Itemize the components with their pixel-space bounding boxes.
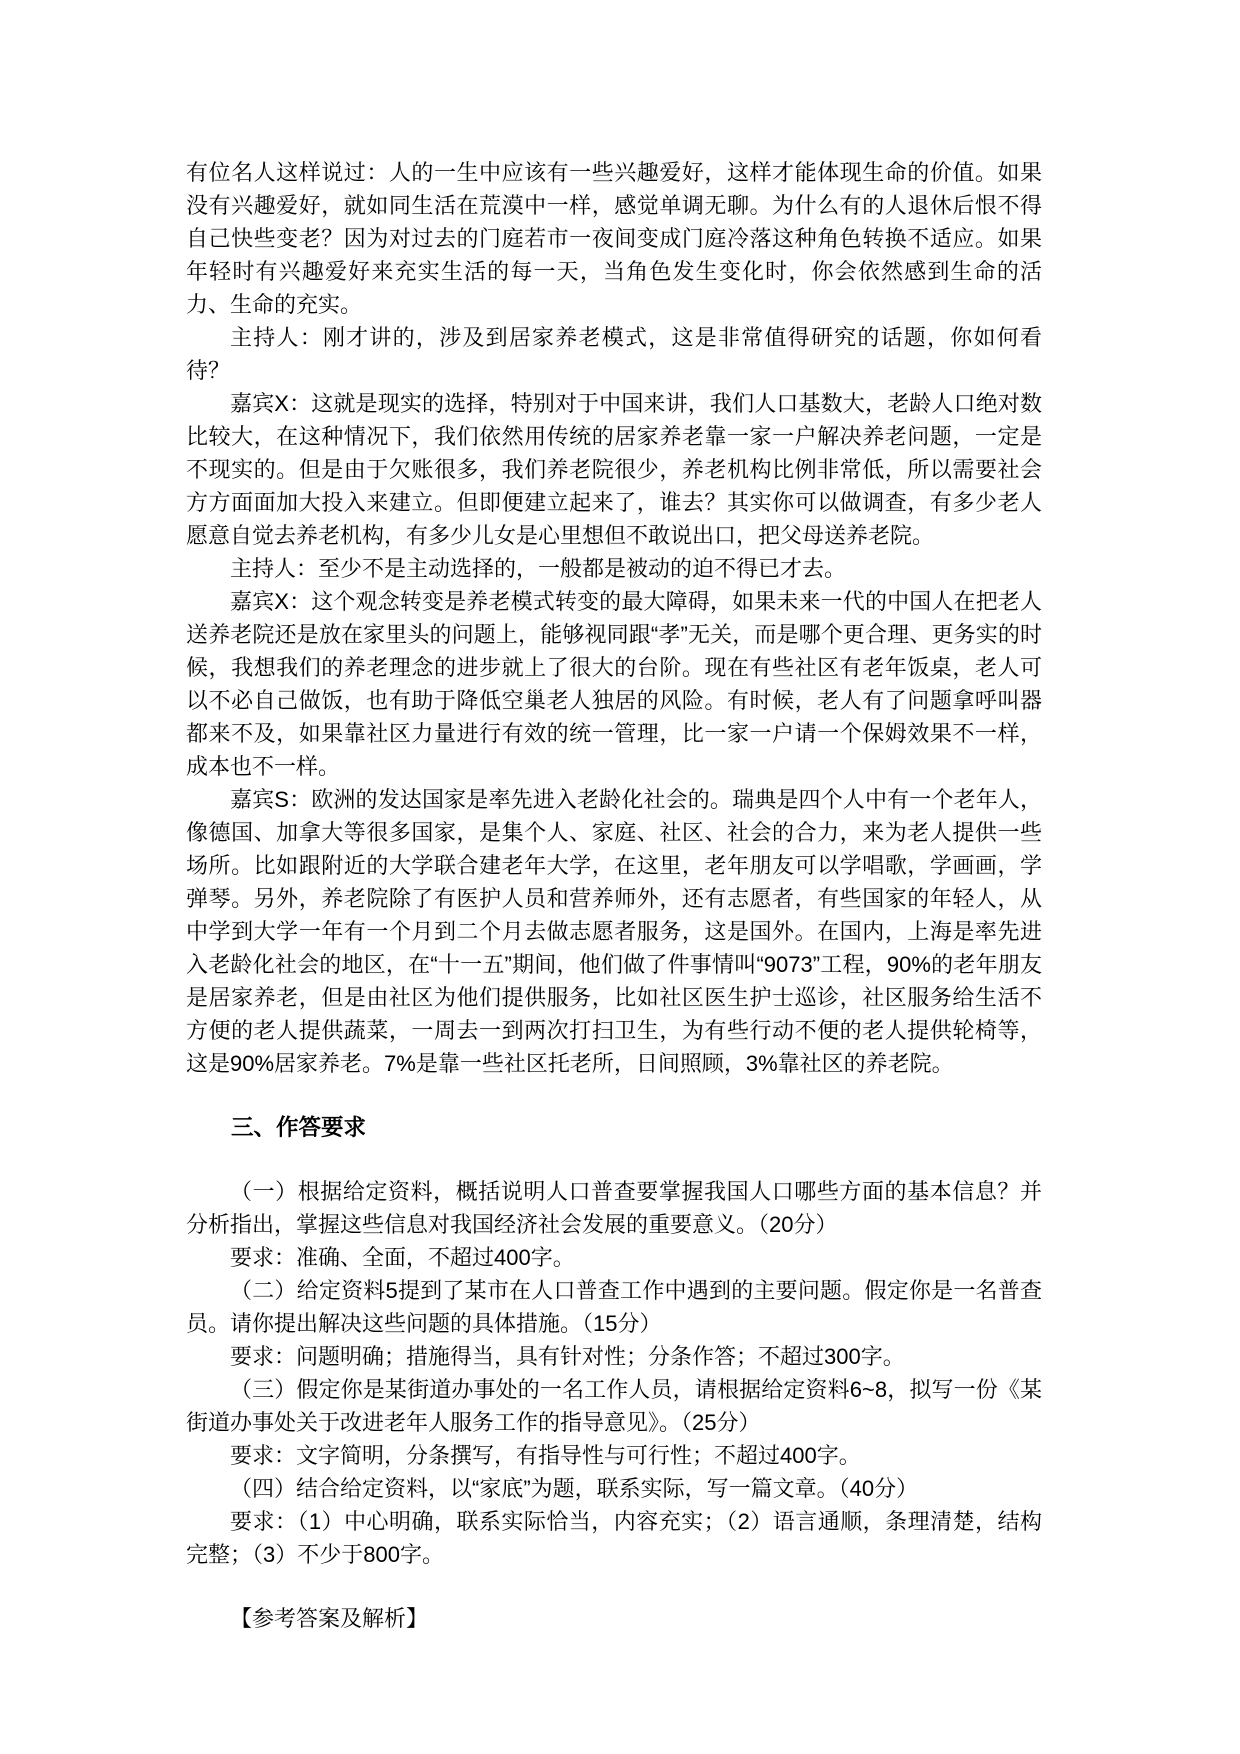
task-2-requirement: 要求：问题明确；措施得当，具有针对性；分条作答；不超过300字。 [186, 1340, 1042, 1373]
paragraph-guest-x-reply-1: 嘉宾X：这就是现实的选择，特别对于中国来讲，我们人口基数大，老龄人口绝对数比较大… [186, 387, 1042, 552]
task-4-question: （四）结合给定资料，以“家底”为题，联系实际，写一篇文章。（40分） [186, 1472, 1042, 1505]
task-1-requirement: 要求：准确、全面，不超过400字。 [186, 1241, 1042, 1274]
paragraph-host-remark-2: 主持人：至少不是主动选择的，一般都是被动的迫不得已才去。 [186, 552, 1042, 585]
section-heading-answer-requirements: 三、作答要求 [186, 1111, 1042, 1144]
task-2-question: （二）给定资料5提到了某市在人口普查工作中遇到的主要问题。假定你是一名普查员。请… [186, 1274, 1042, 1340]
task-3-question: （三）假定你是某街道办事处的一名工作人员，请根据给定资料6~8，拟写一份《某街道… [186, 1373, 1042, 1439]
task-4-requirement: 要求：（1）中心明确，联系实际恰当，内容充实；（2）语言通顺，条理清楚，结构完整… [186, 1505, 1042, 1571]
paragraph-interest-quote: 有位名人这样说过：人的一生中应该有一些兴趣爱好，这样才能体现生命的价值。如果没有… [186, 156, 1042, 321]
task-3-requirement: 要求：文字简明，分条撰写，有指导性与可行性；不超过400字。 [186, 1439, 1042, 1472]
paragraph-guest-x-reply-2: 嘉宾X：这个观念转变是养老模式转变的最大障碍，如果未来一代的中国人在把老人送养老… [186, 585, 1042, 783]
task-1-question: （一）根据给定资料，概括说明人口普查要掌握我国人口哪些方面的基本信息？并分析指出… [186, 1175, 1042, 1241]
reference-answers-heading: 【参考答案及解析】 [186, 1602, 1042, 1635]
paragraph-host-question-1: 主持人：刚才讲的，涉及到居家养老模式，这是非常值得研究的话题，你如何看待？ [186, 321, 1042, 387]
paragraph-guest-s-reply: 嘉宾S：欧洲的发达国家是率先进入老龄化社会的。瑞典是四个人中有一个老年人，像德国… [186, 783, 1042, 1080]
document-content: 有位名人这样说过：人的一生中应该有一些兴趣爱好，这样才能体现生命的价值。如果没有… [186, 156, 1042, 1635]
document-page: 有位名人这样说过：人的一生中应该有一些兴趣爱好，这样才能体现生命的价值。如果没有… [0, 0, 1240, 1754]
